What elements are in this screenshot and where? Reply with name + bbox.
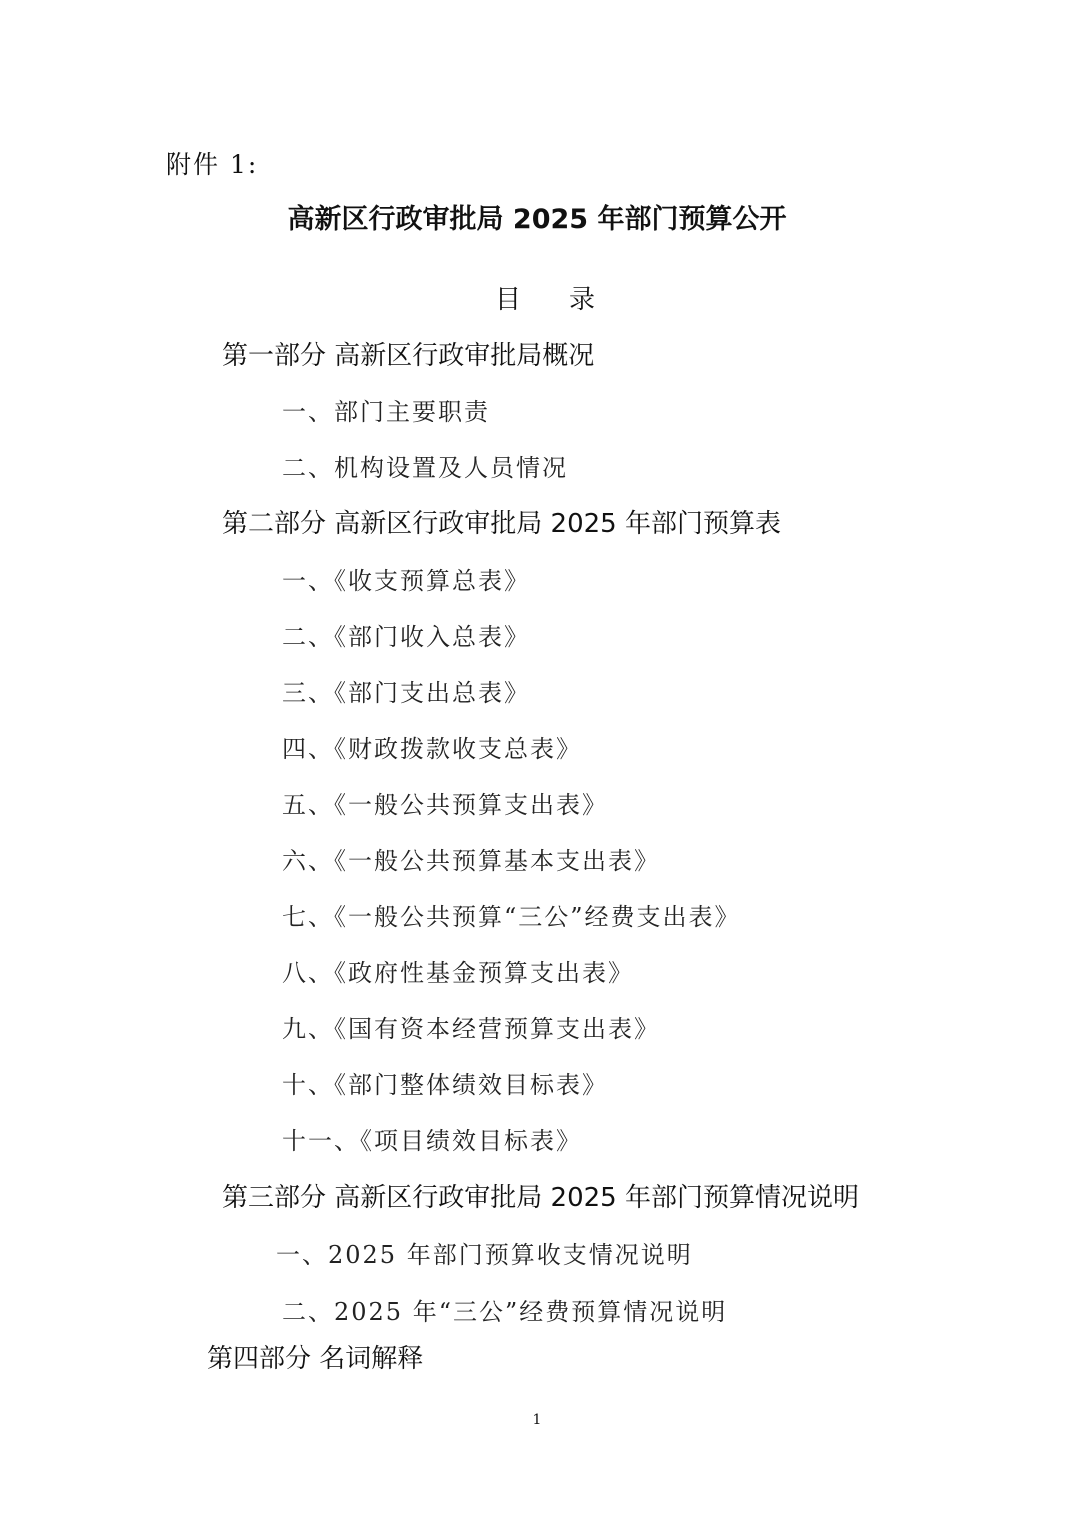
- toc-part-1: 第一部分 高新区行政审批局概况: [222, 335, 594, 372]
- toc-heading-char-1: 目: [495, 285, 521, 315]
- toc-item: 三、《部门支出总表》: [282, 673, 530, 708]
- document-title: 高新区行政审批局 2025 年部门预算公开: [0, 197, 1074, 236]
- page-number: 1: [0, 1412, 1074, 1428]
- toc-heading: 目录: [495, 279, 595, 316]
- toc-item: 六、《一般公共预算基本支出表》: [282, 841, 660, 876]
- toc-item: 十、《部门整体绩效目标表》: [282, 1065, 608, 1100]
- toc-item: 十一、《项目绩效目标表》: [282, 1121, 582, 1156]
- toc-item: 四、《财政拨款收支总表》: [282, 729, 582, 764]
- toc-part-4: 第四部分 名词解释: [207, 1338, 423, 1375]
- toc-item: 一、2025 年部门预算收支情况说明: [276, 1235, 693, 1270]
- toc-item: 七、《一般公共预算“三公”经费支出表》: [282, 897, 741, 932]
- toc-part-2: 第二部分 高新区行政审批局 2025 年部门预算表: [222, 503, 781, 540]
- toc-item: 二、2025 年“三公”经费预算情况说明: [282, 1292, 727, 1327]
- toc-item: 五、《一般公共预算支出表》: [282, 785, 608, 820]
- toc-item: 一、部门主要职责: [282, 392, 490, 427]
- toc-item: 二、《部门收入总表》: [282, 617, 530, 652]
- toc-item: 一、《收支预算总表》: [282, 561, 530, 596]
- toc-item: 二、机构设置及人员情况: [282, 448, 568, 483]
- toc-part-3: 第三部分 高新区行政审批局 2025 年部门预算情况说明: [222, 1177, 859, 1214]
- attachment-label: 附件 1:: [166, 145, 258, 181]
- toc-item: 九、《国有资本经营预算支出表》: [282, 1009, 660, 1044]
- toc-heading-char-2: 录: [569, 285, 595, 315]
- toc-item: 八、《政府性基金预算支出表》: [282, 953, 634, 988]
